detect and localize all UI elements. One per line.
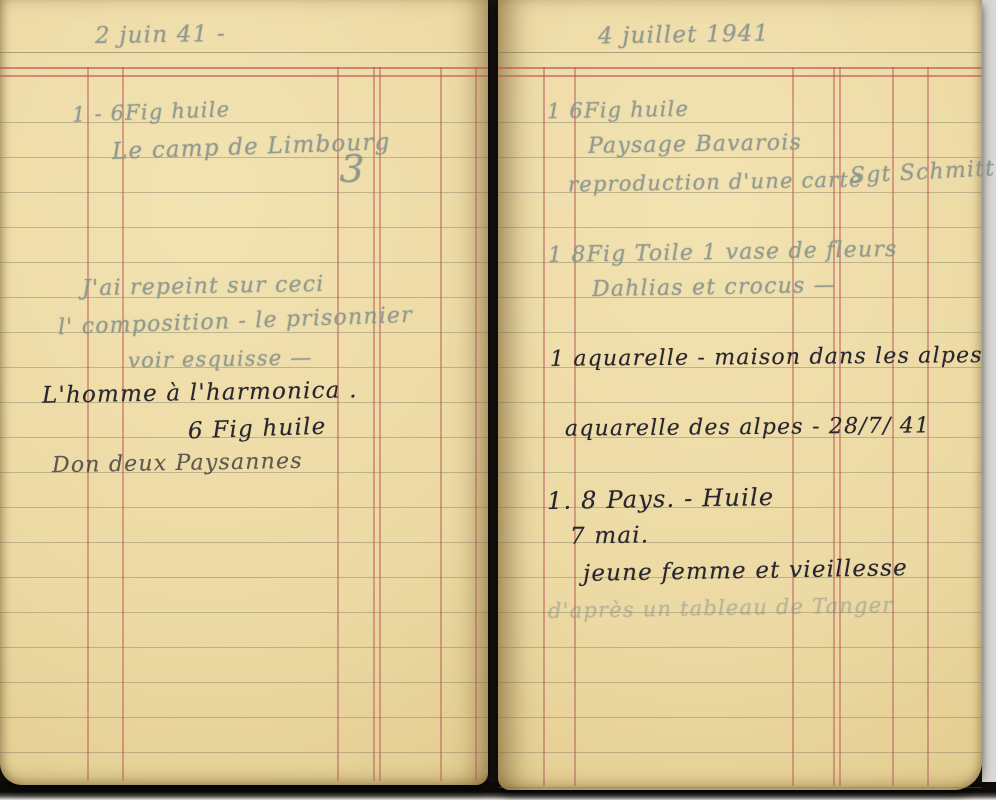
entry-line: L'homme à l'harmonica . (42, 379, 358, 408)
note-line: J'ai repeint sur ceci (82, 274, 325, 300)
entry-line: 6 Fig huile (188, 416, 327, 444)
red-rule-vertical (373, 67, 375, 781)
red-rule-vertical (543, 67, 545, 786)
notebook-scan: 2 juin 41 - 1 - 6Fig huile Le camp de Li… (0, 0, 996, 800)
entry-line: aquarelle des alpes - 28/7/ 41 (565, 415, 930, 440)
entry-line: Dahlias et crocus — (592, 275, 837, 301)
entry-line: 1 6Fig huile (547, 99, 689, 122)
notebook-page-left: 2 juin 41 - 1 - 6Fig huile Le camp de Li… (0, 0, 488, 785)
red-rule-vertical (122, 67, 124, 781)
entry-date: 4 juillet 1941 (598, 23, 770, 49)
entry-annotation: Sgt Schmitt (850, 158, 996, 188)
red-rule-vertical (475, 67, 477, 781)
red-rule-vertical (87, 67, 89, 781)
note-line: voir esquisse — (128, 347, 313, 371)
notebook-page-right: 4 juillet 1941 1 6Fig huile Paysage Bava… (498, 0, 982, 790)
entry-line: 1. 8 Pays. - Huile (547, 485, 775, 513)
entry-line: 1 - 6Fig huile (72, 99, 231, 126)
entry-line: Paysage Bavarois (588, 132, 802, 158)
entry-number: 3 (339, 150, 366, 189)
red-rule-vertical (337, 67, 339, 781)
entry-date: 2 juin 41 - (95, 23, 226, 48)
header-double-red-rule (498, 67, 982, 77)
note-line: l' composition - le prisonnier (58, 305, 414, 339)
entry-line: jeune femme et vieillesse (583, 557, 908, 586)
entry-line: 7 mai. (570, 524, 650, 548)
scanner-background-right (982, 0, 996, 786)
entry-line: 1 8Fig Toile 1 vase de fleurs (548, 239, 898, 267)
red-rule-vertical (379, 67, 381, 781)
note-line: d'après un tableau de Tanger (548, 595, 894, 622)
entry-line: Don deux Paysannes (52, 451, 303, 477)
entry-line: reproduction d'une carte (568, 169, 863, 195)
header-double-red-rule (0, 67, 488, 77)
red-rule-vertical (440, 67, 442, 781)
entry-line: 1 aquarelle - maison dans les alpes (550, 345, 983, 371)
